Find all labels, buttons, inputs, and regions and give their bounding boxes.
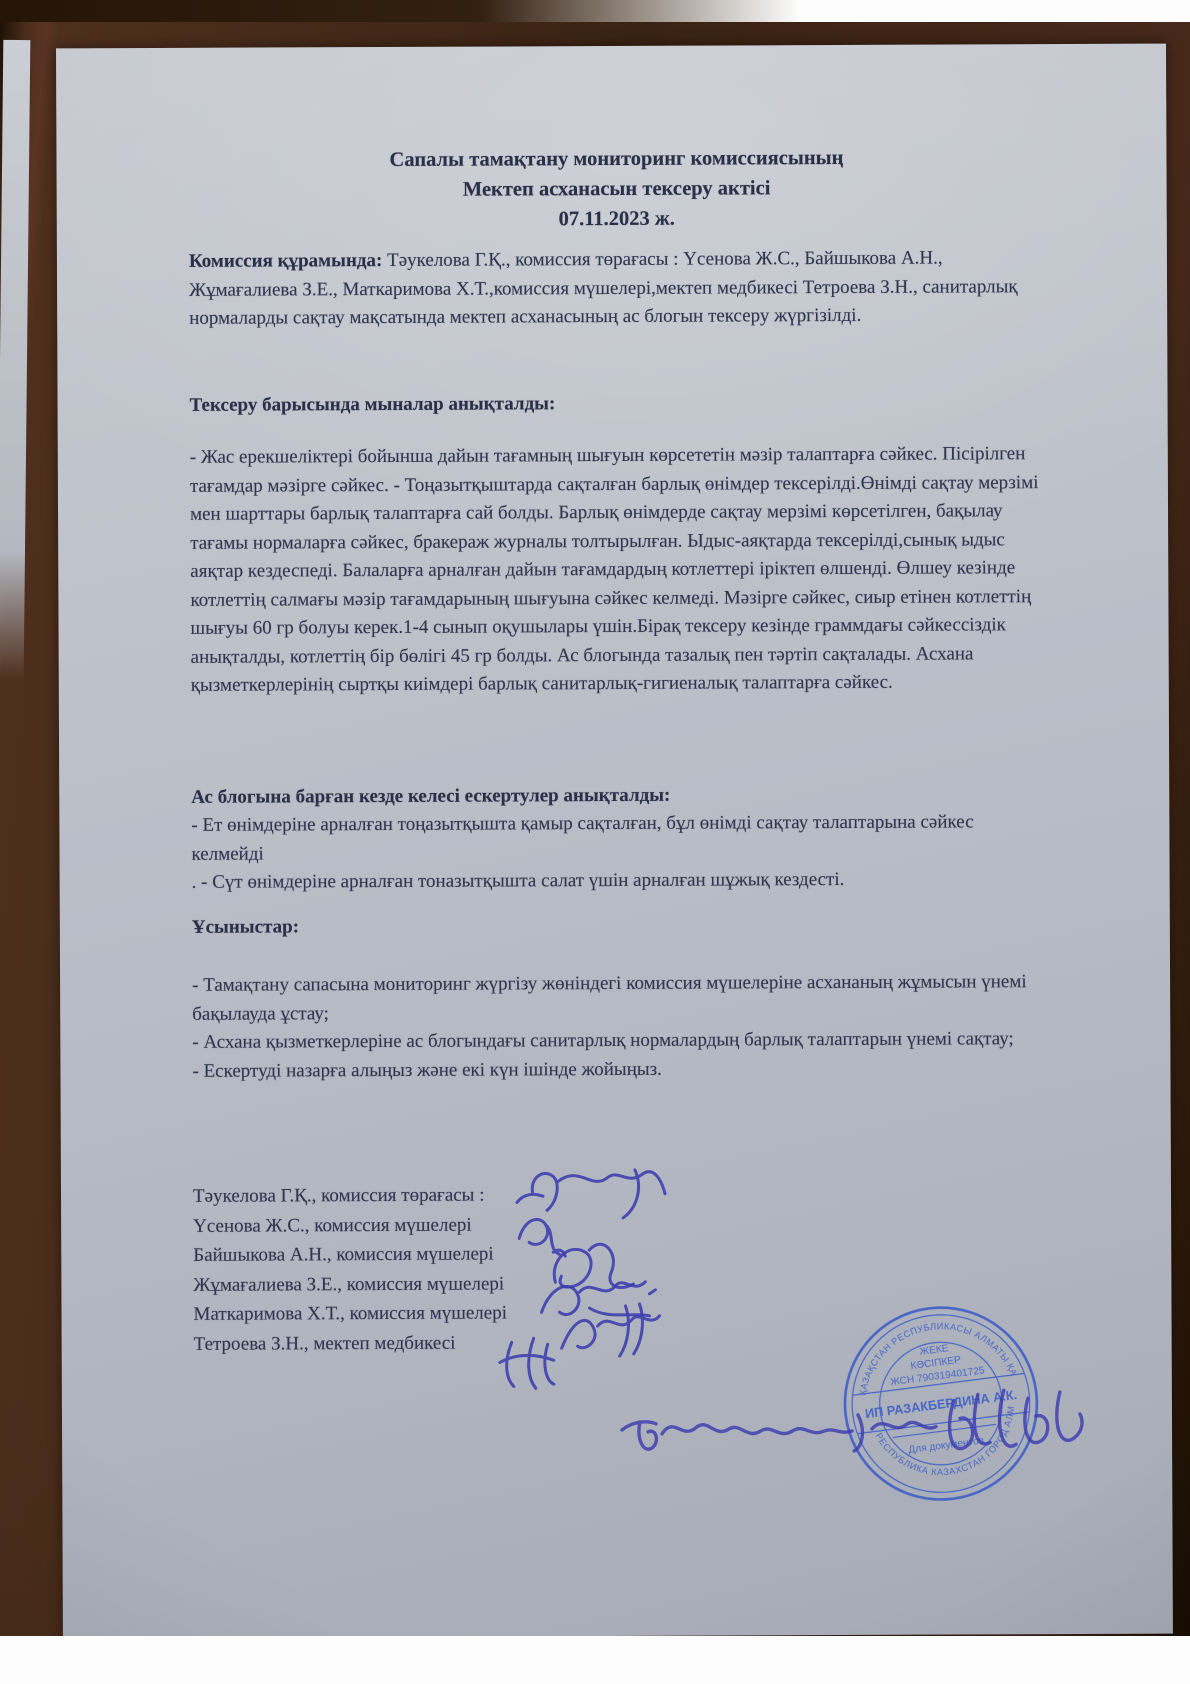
remarks-heading: Ас блогына барған кезде келесі ескертуле… <box>191 780 1047 812</box>
title-line-2: Мектеп асханасын тексеру актісі <box>189 172 1045 206</box>
remarks-list: - Ет өнімдеріне арналған тоңазытқышта қа… <box>191 808 1047 897</box>
signature-scribble-5 <box>553 1298 667 1362</box>
suggestions-list: - Тамақтану сапасына мониторинг жүргізу … <box>192 968 1048 1086</box>
screenshot-stage: Сапалы тамақтану мониторинг комиссиясыны… <box>0 0 1190 1684</box>
document-photo: Сапалы тамақтану мониторинг комиссиясыны… <box>0 22 1190 1636</box>
document-title: Сапалы тамақтану мониторинг комиссиясыны… <box>188 142 1044 236</box>
remark-item: . - Сүт өнімдеріне арналған тоназытқышта… <box>192 865 1048 897</box>
title-date: 07.11.2023 ж. <box>189 202 1045 236</box>
signature-scribble-6 <box>488 1330 568 1394</box>
commission-paragraph: Комиссия құрамында: Тәукелова Г.Қ., коми… <box>189 244 1045 333</box>
commission-label: Комиссия құрамында: <box>189 250 382 272</box>
stamp-entity-type-line1: ЖЕКЕ <box>919 1343 949 1358</box>
underlying-sheet-edge <box>0 40 30 680</box>
document-paper: Сапалы тамақтану мониторинг комиссиясыны… <box>56 44 1173 1636</box>
suggestion-item: - Ескертуді назарға алыңыз және екі күн … <box>192 1054 1048 1086</box>
suggestions-heading: Ұсыныстар: <box>192 910 1048 942</box>
findings-paragraph: - Жас ерекшеліктері бойынша дайын тағамн… <box>190 440 1047 700</box>
title-line-1: Сапалы тамақтану мониторинг комиссиясыны… <box>188 142 1044 176</box>
suggestion-item: - Асхана қызметкерлеріне ас блогындағы с… <box>192 1025 1048 1057</box>
handwritten-signature-scrawl <box>618 1384 1092 1484</box>
findings-heading: Тексеру барысында мыналар анықталды: <box>190 388 1046 420</box>
remark-item: - Ет өнімдеріне арналған тоңазытқышта қа… <box>191 808 1047 869</box>
suggestion-item: - Тамақтану сапасына мониторинг жүргізу … <box>192 968 1048 1029</box>
